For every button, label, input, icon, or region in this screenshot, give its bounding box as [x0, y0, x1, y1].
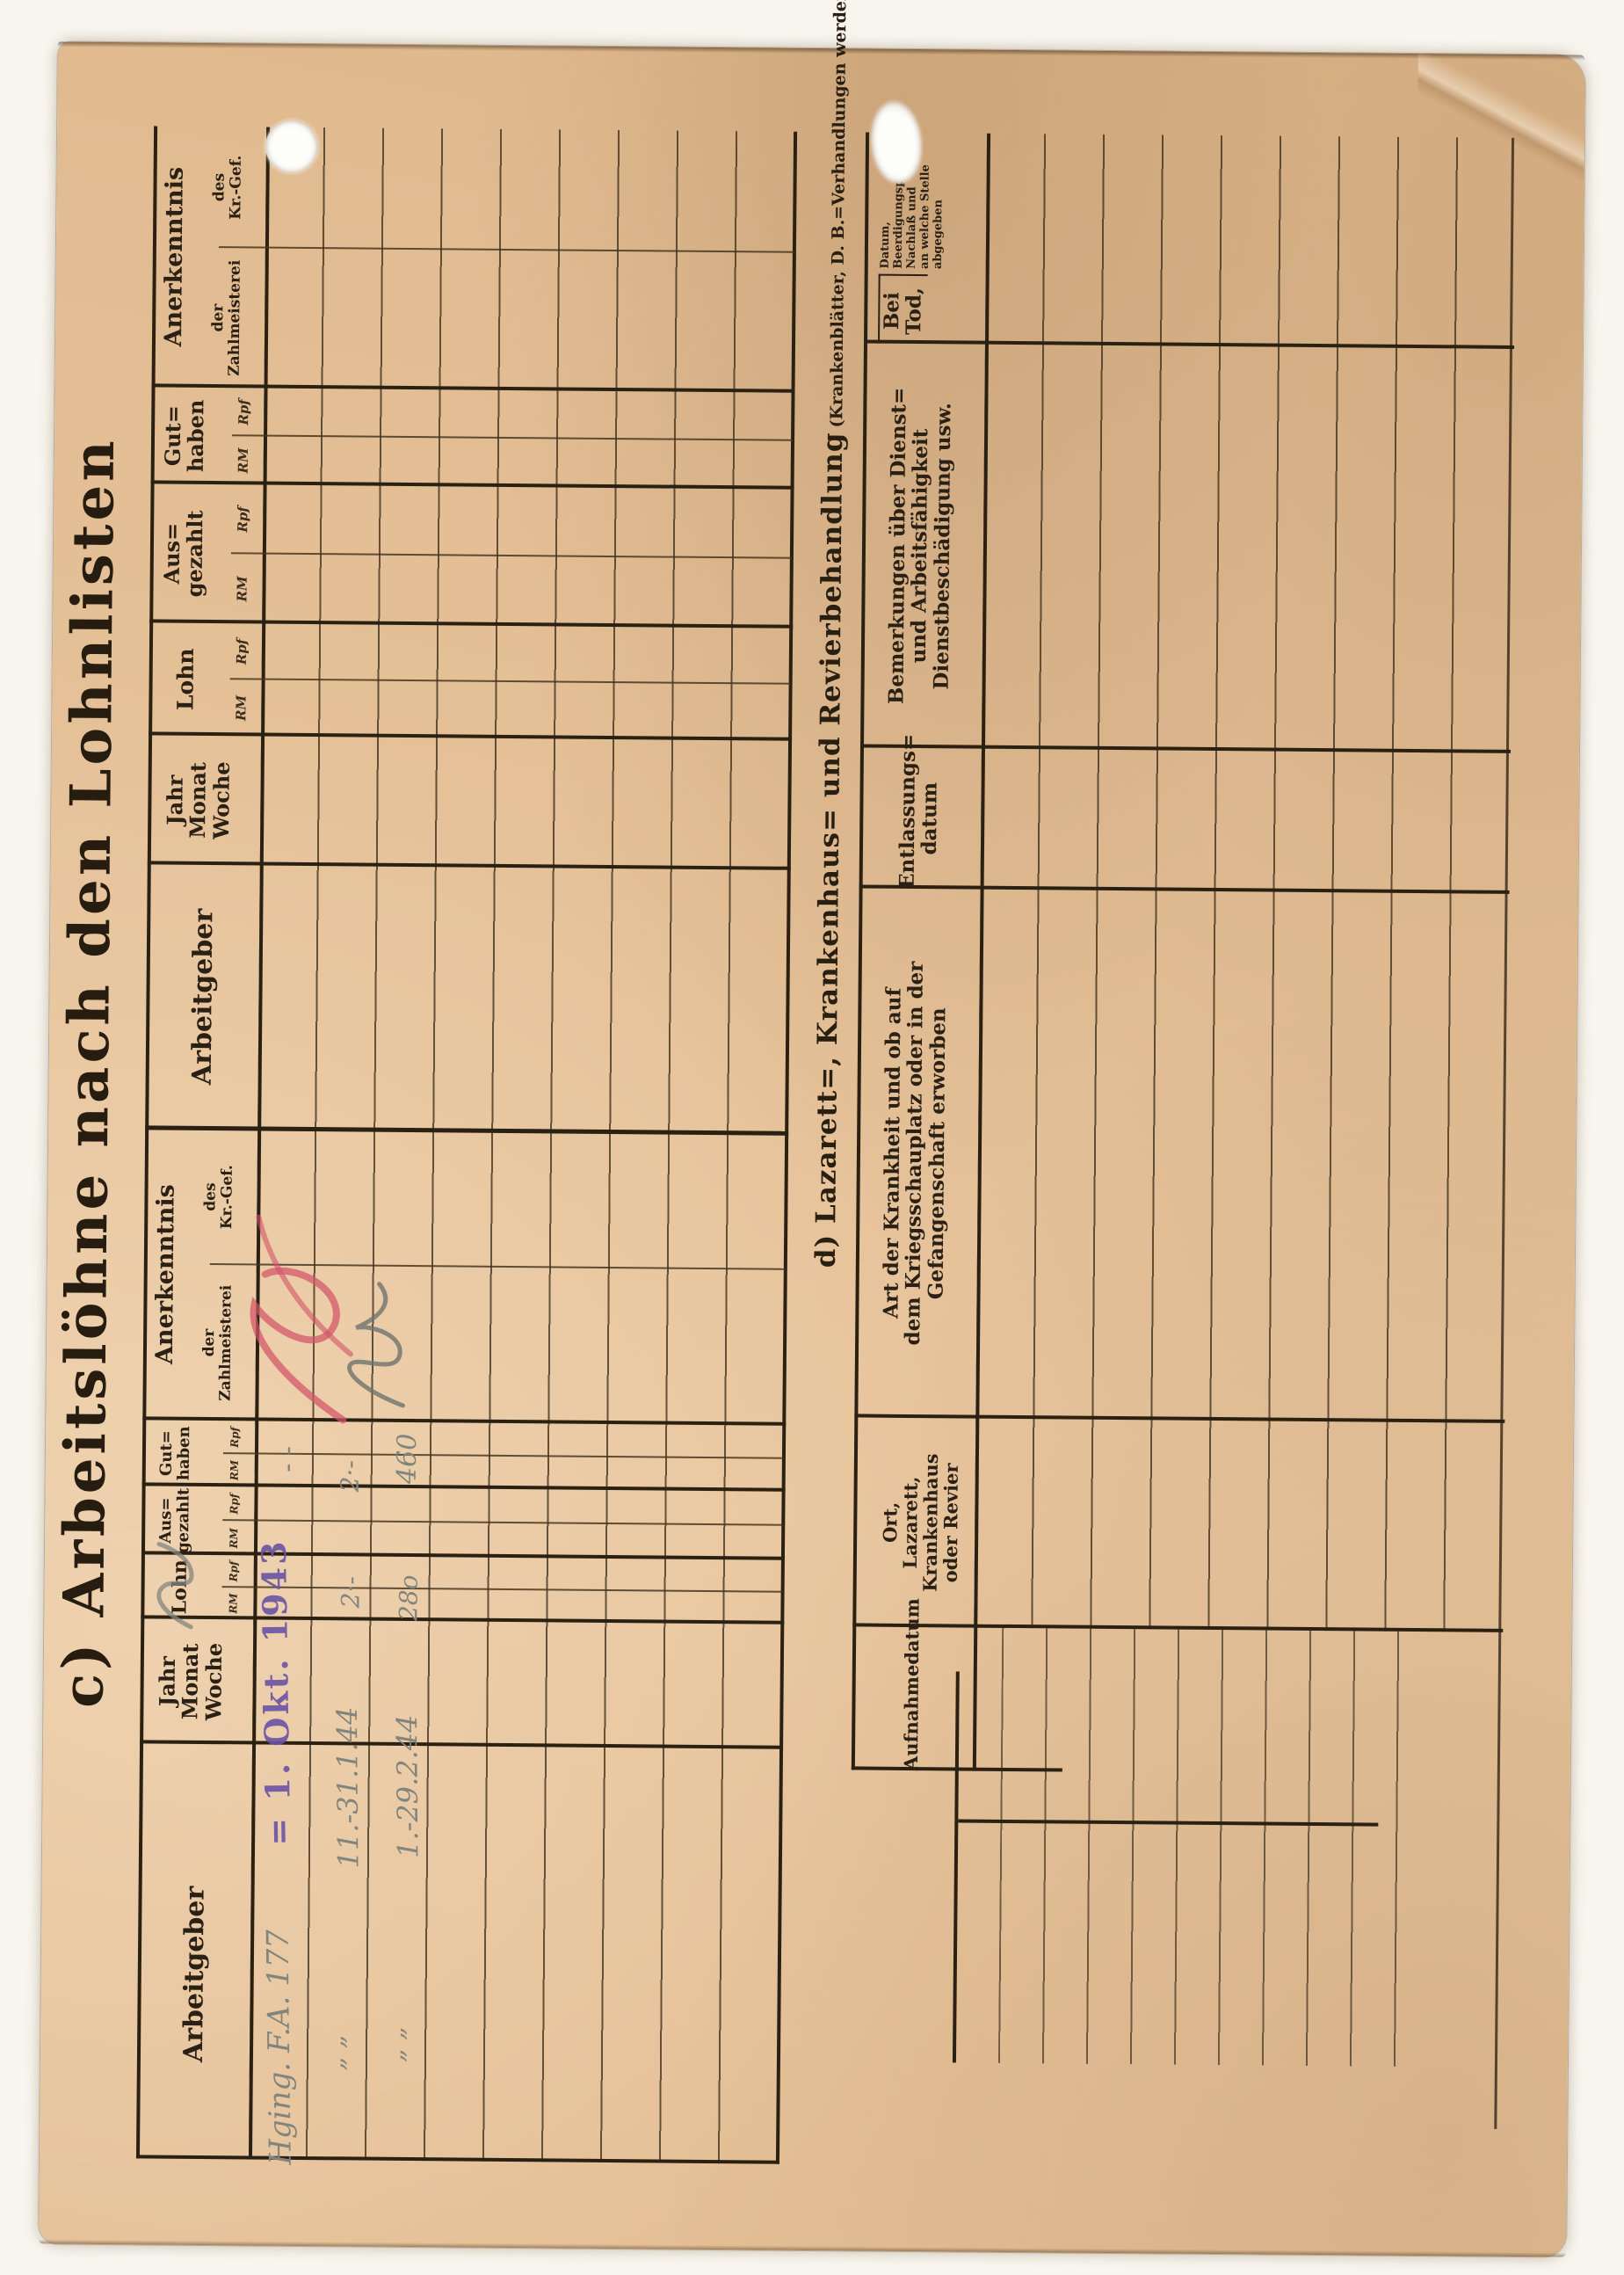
label-gezahlt: gezahlt [184, 484, 208, 623]
table-d-fine-rows [998, 1628, 1402, 2067]
header-kr-gef: des Kr.-Gef. [211, 127, 245, 248]
label-rpf: Rpf [228, 1494, 240, 1515]
handwriting-guthaben-r2: 2·- [336, 1460, 365, 1492]
label-zahlmeisterei: Zahlmeisterei [226, 248, 243, 388]
label-rpf: Rpf [235, 506, 250, 533]
handwriting-guthaben-r1: - - [272, 1446, 303, 1472]
handwriting-date-r2: 11.-31.1.44 [330, 1706, 366, 1868]
handwriting-lohn-r3: 28o [394, 1574, 423, 1621]
table-d-rows [974, 134, 1513, 1632]
label-der: der [200, 1265, 218, 1421]
header-arbeitgeber: Arbeitgeber [187, 865, 219, 1129]
section-d-title-main: d) Lazarett=, Krankenhaus= und Revierbeh… [810, 432, 849, 1268]
handwriting-employer: Hging. F.A. 177 [260, 1930, 298, 2165]
label-rpf: Rpf [228, 1561, 240, 1582]
label-haben: haben [185, 388, 208, 484]
personalkarte-card: c) Arbeitslöhne nach den Lohnlisten Arbe… [39, 41, 1585, 2257]
label-monat: Monat [178, 1619, 203, 1744]
header-ausgezahlt: Aus= gezahlt [160, 484, 207, 623]
label-jahr: Jahr [163, 736, 188, 865]
label-datum: datum [918, 748, 942, 889]
handwriting-guthaben-r3: 460 [392, 1434, 423, 1485]
section-c-title: c) Arbeitslöhne nach den Lohnlisten [50, 451, 127, 1709]
handwriting-ditto-r3: „ „ [380, 2026, 410, 2062]
header-entlassungsdatum: Entlassungs= datum [896, 748, 942, 889]
label-woche: Woche [202, 1619, 227, 1744]
label-bem3: Dienstbeschädigung usw. [930, 344, 955, 748]
label-rm: RM [233, 695, 249, 721]
table-c-right-rows [257, 127, 794, 1134]
header-lohn: Lohn [173, 623, 199, 736]
label-gut: Gut= [158, 1421, 176, 1486]
handwriting-date-r3: 1.-29.2.44 [390, 1714, 424, 1858]
header-rm-rpf: RMRpf [234, 484, 250, 623]
label-woche: Woche [210, 736, 235, 865]
label-rpf: Rpf [234, 639, 250, 665]
label-bem1: Bemerkungen über Dienst= [885, 344, 910, 748]
label-kr-gef: Kr.-Gef. [219, 1129, 236, 1265]
card-edge-shadow-left [39, 2239, 1566, 2257]
header-anerkenntnis: Anerkenntnis [151, 1128, 180, 1420]
header-zahlmeisterei: der Zahlmeisterei [210, 248, 244, 388]
header-anerkenntnis: Anerkenntnis [161, 127, 189, 388]
label-rm: RM [234, 576, 250, 601]
date-stamp: = 1. Okt. 1943 [254, 1538, 298, 1846]
pencil-scribble [142, 1537, 207, 1634]
header-rm-rpf: RMRpf [233, 623, 250, 736]
label-tod3: an welche Stelle abgegeben [918, 133, 946, 269]
grid-line [953, 1671, 960, 2062]
header-jahr-monat-woche: Jahr Monat Woche [156, 1619, 226, 1745]
header-zahlmeisterei: der Zahlmeisterei [200, 1265, 235, 1421]
label-ort: Ort, [879, 1418, 901, 1627]
punch-hole [265, 120, 319, 174]
label-des: des [202, 1129, 220, 1265]
label-lazarett-krankenhaus: Lazarett, Krankenhaus [899, 1418, 941, 1627]
label-der: der [210, 248, 228, 388]
label-monat: Monat [186, 736, 211, 865]
label-jahr: Jahr [156, 1619, 180, 1744]
handwriting-ditto-r2: „ „ [320, 2035, 351, 2071]
header-kr-gef: des Kr.-Gef. [202, 1129, 236, 1265]
header-aufnahmedatum: Aufnahmedatum [901, 1627, 923, 1770]
label-gut: Gut= [162, 388, 185, 484]
section-d-title-note: (Krankenblätter, D. B.=Verhandlungen wer… [827, 0, 852, 428]
header-guthaben: Gut= haben [162, 388, 209, 484]
header-bemerkungen: Bemerkungen über Dienst= und Arbeitsfähi… [885, 344, 955, 749]
bei-tod-boxed-label: Bei Tod, [878, 273, 927, 344]
header-art-der-krankheit: Art der Krankheit und ob auf dem Kriegss… [879, 889, 950, 1419]
label-rm: RM [228, 1528, 240, 1548]
label-rm: RM [227, 1593, 239, 1613]
label-kr-gef: Kr.-Gef. [228, 127, 245, 248]
label-oder-revier: oder Revier [940, 1418, 962, 1627]
label-des: des [211, 127, 228, 248]
header-jahr-monat-woche: Jahr Monat Woche [163, 736, 234, 866]
header-rm-rpf: RMRpf [227, 1555, 240, 1619]
header-guthaben: Gut= haben [158, 1421, 193, 1486]
label-haben: haben [175, 1421, 192, 1486]
label-zahlmeisterei: Zahlmeisterei [217, 1265, 235, 1421]
label-aus: Aus= [160, 484, 185, 623]
header-rm-rpf: RMRpf [228, 1486, 241, 1555]
rotated-scan-stage: c) Arbeitslöhne nach den Lohnlisten Arbe… [0, 0, 1624, 2275]
label-entlassungs: Entlassungs= [896, 748, 920, 889]
label-rm: RM [236, 447, 251, 473]
label-rpf: Rpf [236, 399, 251, 425]
section-d-title: d) Lazarett=, Krankenhaus= und Revierbeh… [810, 0, 855, 1268]
header-rm-rpf: RMRpf [236, 388, 252, 484]
header-arbeitgeber: Arbeitgeber [178, 1790, 211, 2159]
grid-line [852, 132, 869, 1770]
label-art2: dem Kriegsschauplatz oder in der [902, 889, 929, 1418]
header-ort-lazarett: Ort, Lazarett, Krankenhaus oder Revier [879, 1418, 961, 1628]
handwriting-lohn-r2: 2·- [336, 1576, 365, 1608]
label-rm: RM [228, 1460, 241, 1480]
pencil-signature [325, 1275, 423, 1416]
